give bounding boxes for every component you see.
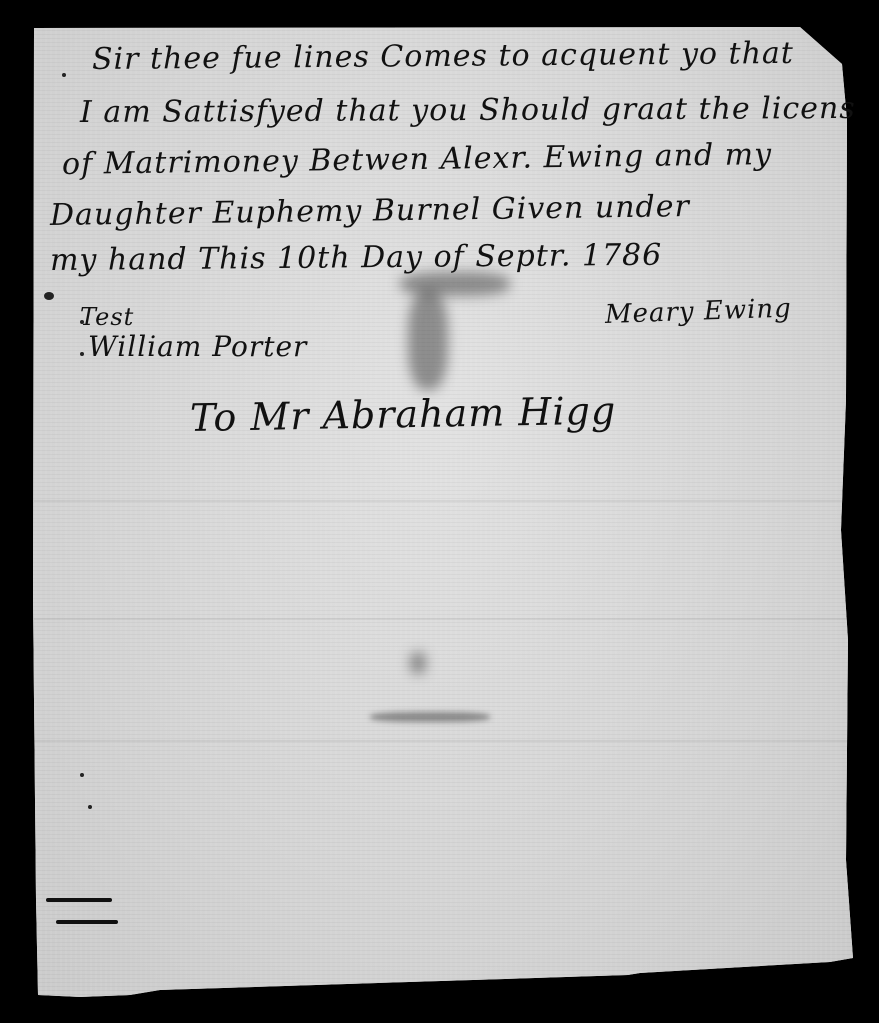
letter-line-5: my hand This 10th Day of Septr. 1786 <box>50 238 663 278</box>
ink-dot <box>80 352 84 356</box>
letter-line-1: Sir thee fue lines Comes to acquent yo t… <box>92 36 794 77</box>
ink-dot <box>80 773 84 777</box>
witness-label: Test <box>80 303 134 331</box>
ink-dot <box>62 73 66 77</box>
stain-small <box>410 652 426 674</box>
ink-stain-vertical <box>408 290 448 390</box>
stain-horizontal <box>370 712 490 722</box>
pen-mark <box>56 920 118 924</box>
ink-blot <box>44 292 54 300</box>
addressee: To Mr Abraham Higg <box>190 389 617 440</box>
fold-line <box>34 740 849 742</box>
fold-line <box>34 618 849 620</box>
ink-stain-top <box>400 272 510 296</box>
pen-mark <box>46 898 112 902</box>
letter-line-2: I am Sattisfyed that you Should graat th… <box>80 91 856 130</box>
fold-line <box>34 500 849 502</box>
witness-name: William Porter <box>88 330 307 363</box>
ink-dot <box>88 805 92 809</box>
